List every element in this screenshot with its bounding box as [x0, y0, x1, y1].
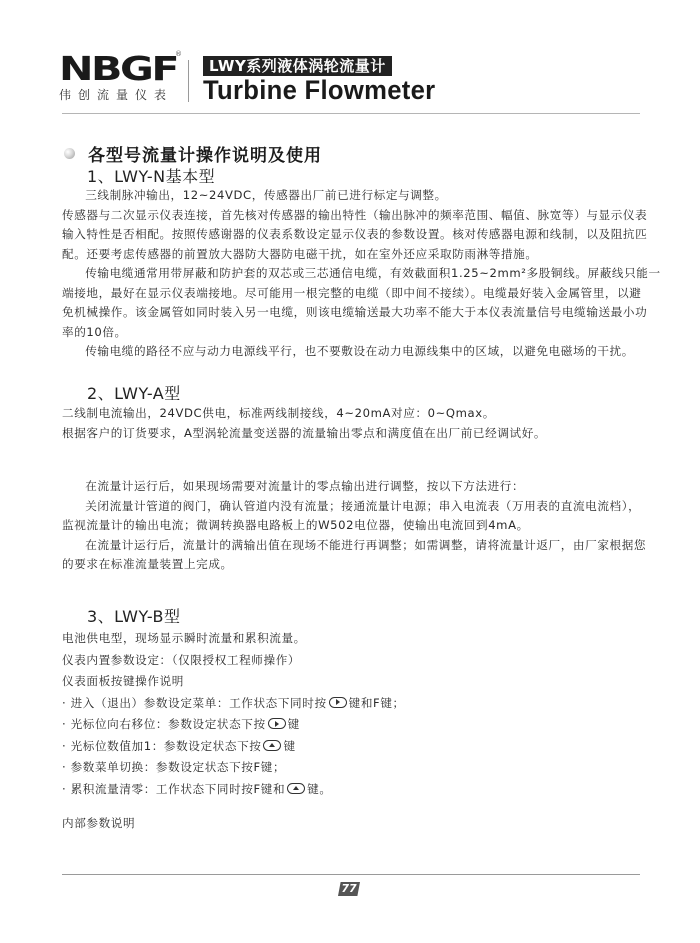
page-header: NBGF ® 伟创流量仪表 LWY系列液体涡轮流量计 Turbine Flowm…	[57, 48, 627, 108]
paragraph: 二线制电流输出，24VDC供电，标准两线制接线，4~20mA对应：0~Qmax。	[62, 404, 650, 424]
key-operation-item: · 累积流量清零：工作状态下同时按F键和键。	[62, 779, 650, 801]
bullet-ball-icon	[64, 148, 75, 159]
key-operation-item: · 进入（退出）参数设定菜单：工作状态下同时按键和F键；	[62, 693, 650, 715]
key-operation-item: · 光标位向右移位：参数设定状态下按键	[62, 714, 650, 736]
internal-params-heading: 内部参数说明	[62, 814, 650, 834]
up-key-icon	[287, 783, 305, 794]
paragraph: 传感器与二次显示仪表连接，首先核对传感器的输出特性（输出脉冲的频率范围、幅值、脉…	[62, 206, 650, 226]
subsection-title-lwy-a: 2、LWY-A型	[87, 381, 181, 404]
header-rule	[62, 113, 640, 114]
registered-mark: ®	[175, 50, 182, 58]
up-key-icon	[263, 740, 281, 751]
paragraph: 在流量计运行后，流量计的满输出值在现场不能进行再调整；如需调整，请将流量计返厂，…	[62, 536, 650, 556]
subsection-body-lwy-a: 二线制电流输出，24VDC供电，标准两线制接线，4~20mA对应：0~Qmax。…	[62, 404, 650, 443]
paragraph: 根据客户的订货要求，A型涡轮流量变送器的流量输出零点和满度值在出厂前已经调试好。	[62, 424, 650, 444]
key-operation-item: · 光标位数值加1：参数设定状态下按键	[62, 736, 650, 758]
paragraph: 内部参数说明	[62, 814, 650, 834]
paragraph: 输入特性是否相配。按照传感谢器的仪表系数设定显示仪表的参数设置。核对传感器电源和…	[62, 225, 650, 245]
paragraph: 仪表面板按键操作说明	[62, 671, 650, 693]
right-key-icon	[268, 718, 286, 729]
subsection-body-lwy-b: 电池供电型，现场显示瞬时流量和累积流量。 仪表内置参数设定：（仅限授权工程师操作…	[62, 628, 650, 800]
key-operation-item: · 参数菜单切换：参数设定状态下按F键；	[62, 757, 650, 779]
logo-subtitle: 伟创流量仪表	[59, 86, 173, 103]
paragraph: 仪表内置参数设定：（仅限授权工程师操作）	[62, 650, 650, 672]
paragraph: 电池供电型，现场显示瞬时流量和累积流量。	[62, 628, 650, 650]
zero-adjust-instructions: 在流量计运行后，如果现场需要对流量计的零点输出进行调整，按以下方法进行： 关闭流…	[62, 477, 650, 575]
paragraph: 在流量计运行后，如果现场需要对流量计的零点输出进行调整，按以下方法进行：	[62, 477, 650, 497]
subsection-title-lwy-n: 1、LWY-N基本型	[87, 164, 215, 187]
paragraph: 率的10倍。	[62, 323, 650, 343]
footer-rule	[62, 874, 640, 875]
subsection-body-lwy-n: 三线制脉冲输出，12~24VDC，传感器出厂前已进行标定与调整。 传感器与二次显…	[62, 186, 650, 362]
section-title: 各型号流量计操作说明及使用	[60, 141, 322, 166]
paragraph: 关闭流量计管道的阀门，确认管道内没有流量；接通流量计电源；串入电流表（万用表的直…	[62, 497, 650, 517]
paragraph: 免机械操作。该金属管如同时装入另一电缆，则该电缆输送最大功率不能大于本仪表流量信…	[62, 303, 650, 323]
section-title-text: 各型号流量计操作说明及使用	[88, 141, 322, 166]
series-tag: LWY系列液体涡轮流量计	[203, 56, 392, 76]
paragraph: 传输电缆的路径不应与动力电源线平行，也不要敷设在动力电源线集中的区域，以避免电磁…	[62, 342, 650, 362]
page-number: 77	[338, 882, 360, 896]
paragraph: 配。还要考虑传感器的前置放大器防大器防电磁干扰，如在室外还应采取防雨淋等措施。	[62, 245, 650, 265]
product-title: Turbine Flowmeter	[203, 75, 435, 106]
paragraph: 监视流量计的输出电流；微调转换器电路板上的W502电位器，使输出电流回到4mA。	[62, 516, 650, 536]
paragraph: 端接地，最好在显示仪表端接地。尽可能用一根完整的电缆（即中间不接续）。电缆最好装…	[62, 284, 650, 304]
paragraph: 的要求在标准流量装置上完成。	[62, 555, 650, 575]
brand-logo: NBGF ® 伟创流量仪表	[57, 48, 182, 103]
subsection-title-lwy-b: 3、LWY-B型	[87, 604, 181, 627]
right-key-icon	[329, 697, 347, 708]
paragraph: 传输电缆通常用带屏蔽和防护套的双芯或三芯通信电缆，有效截面积1.25~2mm²多…	[62, 264, 650, 284]
paragraph: 三线制脉冲输出，12~24VDC，传感器出厂前已进行标定与调整。	[62, 186, 650, 206]
logo-mark: NBGF	[59, 56, 207, 82]
header-divider	[188, 60, 189, 102]
